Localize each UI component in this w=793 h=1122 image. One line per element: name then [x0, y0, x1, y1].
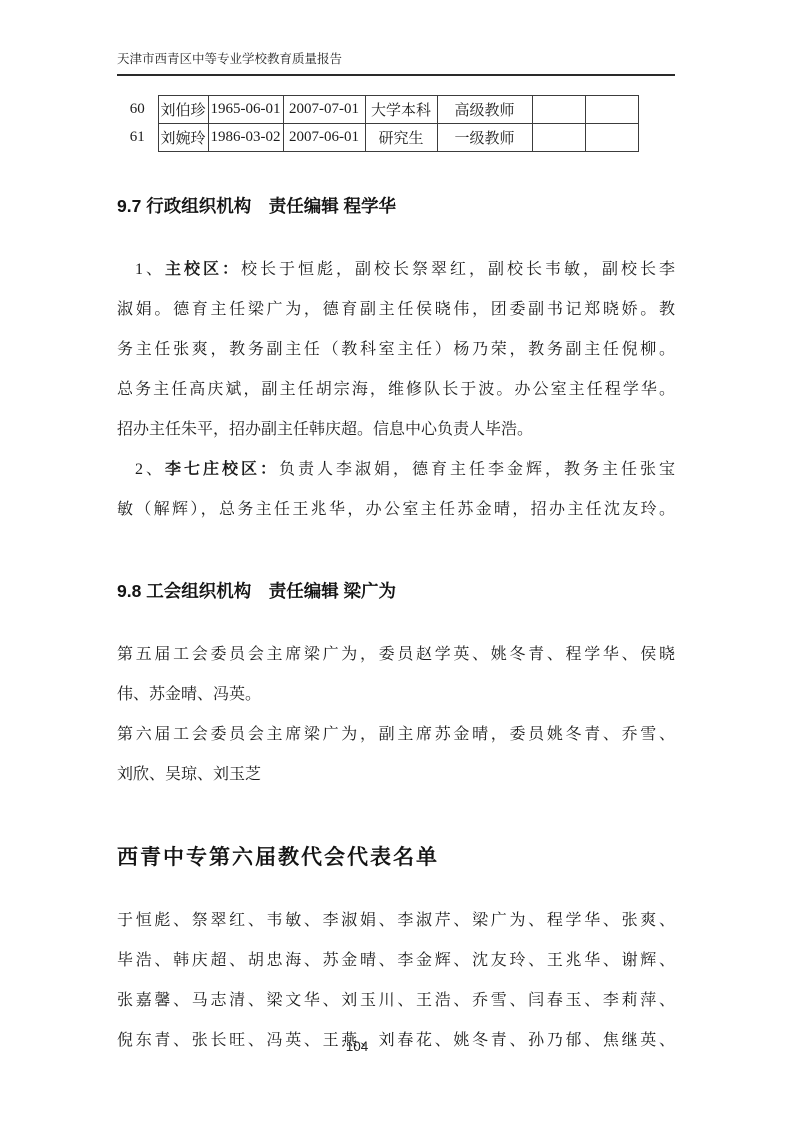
empty-cell [585, 96, 638, 124]
paragraph-line: 2、李七庄校区：负责人李淑娟，德育主任李金辉，教务主任张宝 [117, 450, 675, 490]
paragraph-line: 1、主校区：校长于恒彪，副校长祭翠红，副校长韦敏，副校长李 [117, 250, 675, 290]
paragraph-line: 刘欣、吴琼、刘玉芝 [117, 755, 675, 795]
start-date-cell: 2007-07-01 [283, 96, 365, 124]
paragraph-main-campus: 1、主校区：校长于恒彪，副校长祭翠红，副校长韦敏，副校长李 淑娟。德育主任梁广为… [117, 250, 675, 450]
row-number-cell: 61 [117, 124, 158, 152]
paragraph-sixth-union: 第六届工会委员会主席梁广为，副主席苏金晴，委员姚冬青、乔雪、 刘欣、吴琼、刘玉芝 [117, 715, 675, 795]
document-page: 天津市西青区中等专业学校教育质量报告 60 刘伯珍 1965-06-01 200… [0, 0, 793, 1122]
paragraph-line: 淑娟。德育主任梁广为，德育副主任侯晓伟，团委副书记郑晓娇。教 [117, 290, 675, 330]
congress-list-heading: 西青中专第六届教代会代表名单 [117, 841, 757, 871]
table-row: 61 刘婉玲 1986-03-02 2007-06-01 研究生 一级教师 [117, 124, 638, 152]
section-heading-9-8: 9.8 工会组织机构 责任编辑 梁广为 [117, 578, 717, 603]
section-heading-9-7: 9.7 行政组织机构 责任编辑 程学华 [117, 193, 717, 218]
row-number-cell: 60 [117, 96, 158, 124]
paragraph-line: 务主任张爽，教务副主任（教科室主任）杨乃荣，教务副主任倪柳。 [117, 330, 675, 370]
empty-cell [532, 96, 585, 124]
paragraph-line: 第六届工会委员会主席梁广为，副主席苏金晴，委员姚冬青、乔雪、 [117, 715, 675, 755]
staff-table: 60 刘伯珍 1965-06-01 2007-07-01 大学本科 高级教师 6… [117, 95, 639, 152]
start-date-cell: 2007-06-01 [283, 124, 365, 152]
empty-cell [532, 124, 585, 152]
name-list-line: 张嘉馨、马志清、梁文华、刘玉川、王浩、乔雪、闫春玉、李莉萍、 [117, 986, 675, 1026]
list-number: 2、 [135, 461, 165, 478]
paragraph-line: 伟、苏金晴、冯英。 [117, 675, 675, 715]
page-number: 104 [117, 1039, 597, 1054]
paragraph-fifth-union: 第五届工会委员会主席梁广为，委员赵学英、姚冬青、程学华、侯晓 伟、苏金晴、冯英。 [117, 635, 675, 715]
paragraph-line: 总务主任高庆斌，副主任胡宗海，维修队长于波。办公室主任程学华。 [117, 370, 675, 410]
paragraph-liqizhuang-campus: 2、李七庄校区：负责人李淑娟，德育主任李金辉，教务主任张宝 敏（解辉），总务主任… [117, 450, 675, 530]
name-cell: 刘伯珍 [158, 96, 208, 124]
birth-date-cell: 1986-03-02 [208, 124, 283, 152]
job-title-cell: 一级教师 [437, 124, 532, 152]
line-text: 负责人李淑娟，德育主任李金辉，教务主任张宝 [279, 461, 675, 478]
education-cell: 研究生 [365, 124, 437, 152]
campus-label: 主校区： [165, 261, 241, 278]
table-row: 60 刘伯珍 1965-06-01 2007-07-01 大学本科 高级教师 [117, 96, 638, 124]
list-number: 1、 [135, 261, 165, 278]
name-list-line: 于恒彪、祭翠红、韦敏、李淑娟、李淑芹、梁广为、程学华、张爽、 [117, 906, 675, 946]
name-cell: 刘婉玲 [158, 124, 208, 152]
running-header: 天津市西青区中等专业学校教育质量报告 [117, 51, 675, 76]
job-title-cell: 高级教师 [437, 96, 532, 124]
birth-date-cell: 1965-06-01 [208, 96, 283, 124]
paragraph-line: 招办主任朱平，招办副主任韩庆超。信息中心负责人毕浩。 [117, 410, 675, 450]
name-list-line: 毕浩、韩庆超、胡忠海、苏金晴、李金辉、沈友玲、王兆华、谢辉、 [117, 946, 675, 986]
paragraph-line: 敏（解辉），总务主任王兆华，办公室主任苏金晴，招办主任沈友玲。 [117, 490, 675, 530]
campus-label: 李七庄校区： [165, 461, 279, 478]
empty-cell [585, 124, 638, 152]
education-cell: 大学本科 [365, 96, 437, 124]
paragraph-line: 第五届工会委员会主席梁广为，委员赵学英、姚冬青、程学华、侯晓 [117, 635, 675, 675]
line-text: 校长于恒彪，副校长祭翠红，副校长韦敏，副校长李 [241, 261, 675, 278]
